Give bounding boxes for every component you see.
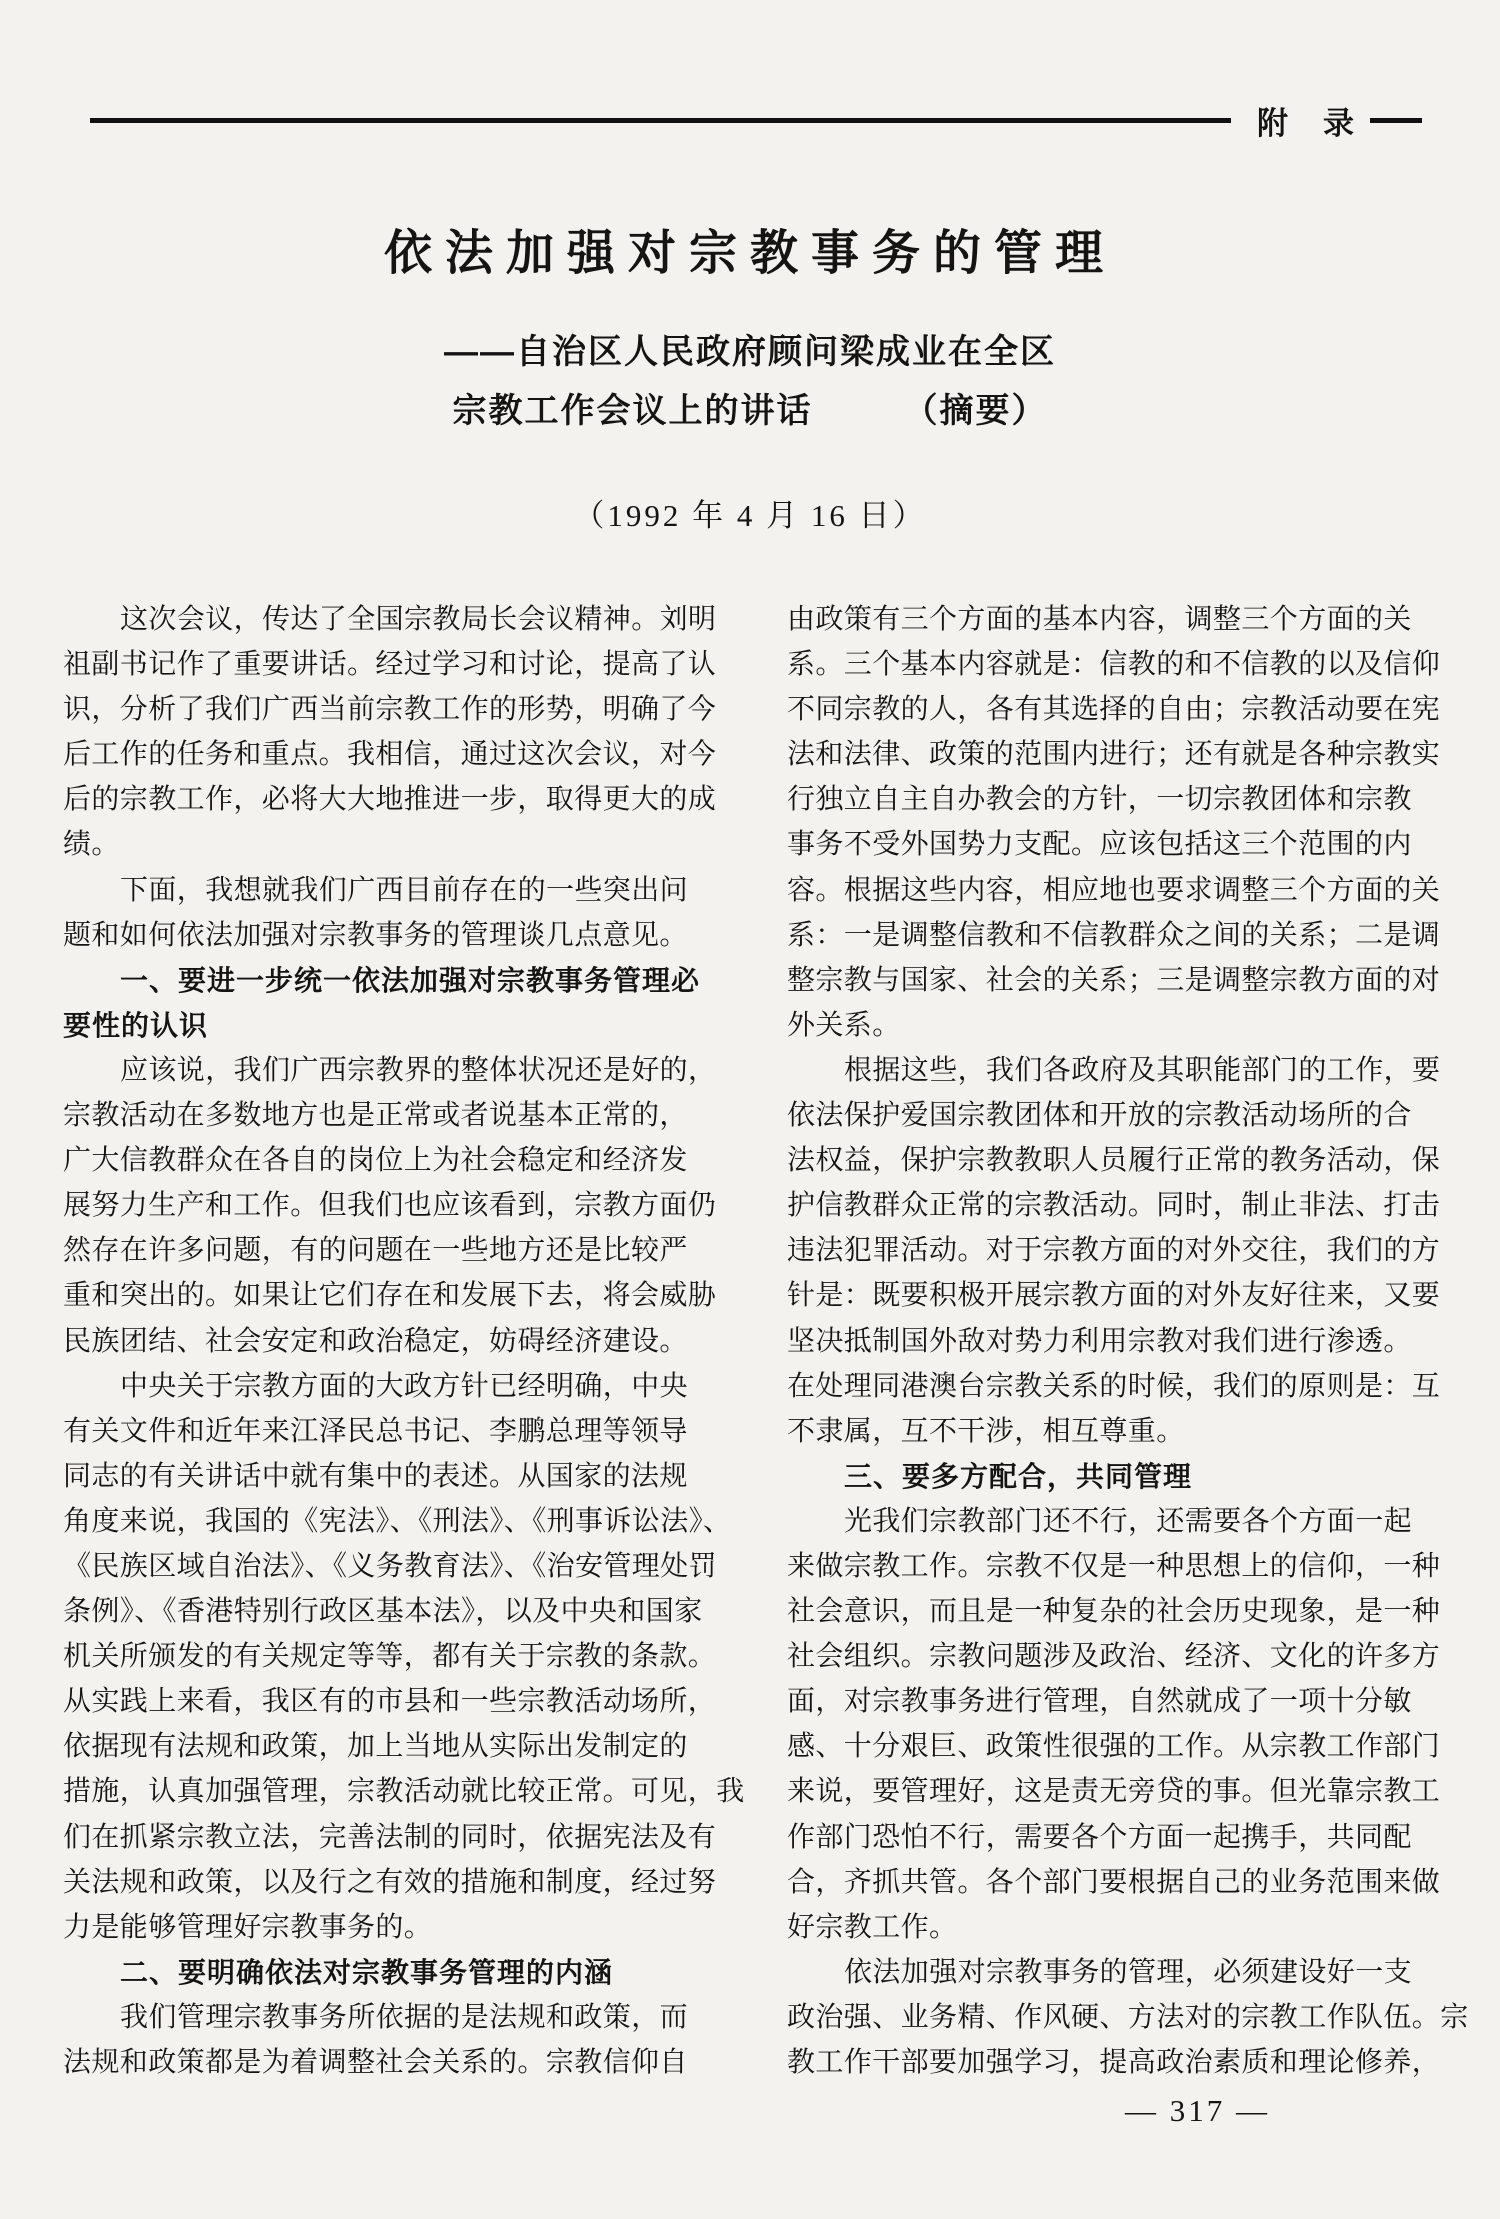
body-text-line: 坚决抵制国外敌对势力利用宗教对我们进行渗透。: [787, 1319, 1439, 1364]
body-text-line: 依法保护爱国宗教团体和开放的宗教活动场所的合: [787, 1093, 1439, 1138]
body-text-line: 法和法律、政策的范围内进行；还有就是各种宗教实: [787, 732, 1439, 777]
body-text-line: 重和突出的。如果让它们存在和发展下去，将会威胁: [63, 1273, 715, 1318]
body-text-line: 作部门恐怕不行，需要各个方面一起携手，共同配: [787, 1815, 1439, 1860]
body-text-line: 系。三个基本内容就是：信教的和不信教的以及信仰: [787, 642, 1439, 687]
body-text-line: 面，对宗教事务进行管理，自然就成了一项十分敏: [787, 1679, 1439, 1724]
body-text-line: 这次会议，传达了全国宗教局长会议精神。刘明: [63, 597, 715, 642]
body-text-line: 同志的有关讲话中就有集中的表述。从国家的法规: [63, 1454, 715, 1499]
body-text-line: 有关文件和近年来江泽民总书记、李鹏总理等领导: [63, 1409, 715, 1454]
body-text-line: 社会意识，而且是一种复杂的社会历史现象，是一种: [787, 1589, 1439, 1634]
body-text-line: 针是：既要积极开展宗教方面的对外友好往来，又要: [787, 1273, 1439, 1318]
body-text-line: 在处理同港澳台宗教关系的时候，我们的原则是：互: [787, 1364, 1439, 1409]
body-text-line: 措施，认真加强管理，宗教活动就比较正常。可见，我: [63, 1769, 715, 1814]
body-text-line: 违法犯罪活动。对于宗教方面的对外交往，我们的方: [787, 1228, 1439, 1273]
section-heading-line: 二、要明确依法对宗教事务管理的内涵: [63, 1950, 715, 1995]
body-text-line: 条例》、《香港特别行政区基本法》，以及中央和国家: [63, 1589, 715, 1634]
body-text-line: 民族团结、社会安定和政治稳定，妨碍经济建设。: [63, 1319, 715, 1364]
subtitle-line-1: ——自治区人民政府顾问梁成业在全区: [0, 330, 1500, 374]
body-text-line: 行独立自主自办教会的方针，一切宗教团体和宗教: [787, 777, 1439, 822]
body-text-line: 《民族区域自治法》、《义务教育法》、《治安管理处罚: [63, 1544, 715, 1589]
body-text-line: 宗教活动在多数地方也是正常或者说基本正常的，: [63, 1093, 715, 1138]
body-text-line: 广大信教群众在各自的岗位上为社会稳定和经济发: [63, 1138, 715, 1183]
right-text-column: 由政策有三个方面的基本内容，调整三个方面的关系。三个基本内容就是：信教的和不信教…: [787, 597, 1439, 2085]
body-text-line: 力是能够管理好宗教事务的。: [63, 1905, 715, 1950]
body-text-line: 中央关于宗教方面的大政方针已经明确，中央: [63, 1364, 715, 1409]
body-text-line: 不同宗教的人，各有其选择的自由；宗教活动要在宪: [787, 687, 1439, 732]
body-text-line: 整宗教与国家、社会的关系；三是调整宗教方面的对: [787, 958, 1439, 1003]
body-text-line: 从实践上来看，我区有的市县和一些宗教活动场所，: [63, 1679, 715, 1724]
body-text-line: 根据这些，我们各政府及其职能部门的工作，要: [787, 1048, 1439, 1093]
body-text-line: 感、十分艰巨、政策性很强的工作。从宗教工作部门: [787, 1724, 1439, 1769]
body-text-line: 系：一是调整信教和不信教群众之间的关系；二是调: [787, 913, 1439, 958]
body-text-line: 不隶属，互不干涉，相互尊重。: [787, 1409, 1439, 1454]
page-header: 附 录: [90, 100, 1422, 140]
body-text-line: 依法加强对宗教事务的管理，必须建设好一支: [787, 1950, 1439, 1995]
body-text-line: 关法规和政策，以及行之有效的措施和制度，经过努: [63, 1860, 715, 1905]
body-text-line: 机关所颁发的有关规定等等，都有关于宗教的条款。: [63, 1634, 715, 1679]
body-text-line: 后工作的任务和重点。我相信，通过这次会议，对今: [63, 732, 715, 777]
body-text-line: 由政策有三个方面的基本内容，调整三个方面的关: [787, 597, 1439, 642]
page-title: 依法加强对宗教事务的管理: [0, 225, 1500, 283]
body-text-line: 们在抓紧宗教立法，完善法制的同时，依据宪法及有: [63, 1815, 715, 1860]
body-text-line: 题和如何依法加强对宗教事务的管理谈几点意见。: [63, 913, 715, 958]
body-text-line: 下面，我想就我们广西目前存在的一些突出问: [63, 868, 715, 913]
body-text-line: 法权益，保护宗教教职人员履行正常的教务活动，保: [787, 1138, 1439, 1183]
body-text-line: 光我们宗教部门还不行，还需要各个方面一起: [787, 1499, 1439, 1544]
body-text-line: 角度来说，我国的《宪法》、《刑法》、《刑事诉讼法》、: [63, 1499, 715, 1544]
speech-date: （1992 年 4 月 16 日）: [0, 490, 1500, 535]
subtitle-line-2: 宗教工作会议上的讲话 （摘要）: [0, 389, 1500, 433]
body-text-line: 展努力生产和工作。但我们也应该看到，宗教方面仍: [63, 1183, 715, 1228]
header-rule-short: [1370, 118, 1422, 123]
body-text-line: 我们管理宗教事务所依据的是法规和政策，而: [63, 1995, 715, 2040]
left-text-column: 这次会议，传达了全国宗教局长会议精神。刘明祖副书记作了重要讲话。经过学习和讨论，…: [63, 597, 715, 2085]
body-text-line: 然存在许多问题，有的问题在一些地方还是比较严: [63, 1228, 715, 1273]
section-heading-line: 要性的认识: [63, 1003, 715, 1048]
body-text-line: 识，分析了我们广西当前宗教工作的形势，明确了今: [63, 687, 715, 732]
body-text-line: 外关系。: [787, 1003, 1439, 1048]
body-text-line: 政治强、业务精、作风硬、方法对的宗教工作队伍。宗: [787, 1995, 1439, 2040]
scanned-document-page: 附 录 依法加强对宗教事务的管理 ——自治区人民政府顾问梁成业在全区 宗教工作会…: [0, 0, 1500, 2219]
page-number: — 317 —: [1125, 2093, 1270, 2129]
body-text-line: 祖副书记作了重要讲话。经过学习和讨论，提高了认: [63, 642, 715, 687]
body-text-line: 好宗教工作。: [787, 1905, 1439, 1950]
body-text-line: 护信教群众正常的宗教活动。同时，制止非法、打击: [787, 1183, 1439, 1228]
body-text-line: 社会组织。宗教问题涉及政治、经济、文化的许多方: [787, 1634, 1439, 1679]
section-heading-line: 一、要进一步统一依法加强对宗教事务管理必: [63, 958, 715, 1003]
body-text-line: 合，齐抓共管。各个部门要根据自己的业务范围来做: [787, 1860, 1439, 1905]
body-text-line: 来做宗教工作。宗教不仅是一种思想上的信仰，一种: [787, 1544, 1439, 1589]
body-text-line: 来说，要管理好，这是责无旁贷的事。但光靠宗教工: [787, 1769, 1439, 1814]
body-text-line: 后的宗教工作，必将大大地推进一步，取得更大的成: [63, 777, 715, 822]
body-text-line: 容。根据这些内容，相应地也要求调整三个方面的关: [787, 868, 1439, 913]
section-heading-line: 三、要多方配合，共同管理: [787, 1454, 1439, 1499]
body-text-line: 事务不受外国势力支配。应该包括这三个范围的内: [787, 822, 1439, 867]
body-text-line: 依据现有法规和政策，加上当地从实际出发制定的: [63, 1724, 715, 1769]
body-text-line: 教工作干部要加强学习，提高政治素质和理论修养，: [787, 2040, 1439, 2085]
body-text-line: 绩。: [63, 822, 715, 867]
body-text-line: 应该说，我们广西宗教界的整体状况还是好的，: [63, 1048, 715, 1093]
appendix-label: 附 录: [1257, 98, 1356, 143]
body-text-line: 法规和政策都是为着调整社会关系的。宗教信仰自: [63, 2040, 715, 2085]
header-rule: [90, 118, 1231, 123]
